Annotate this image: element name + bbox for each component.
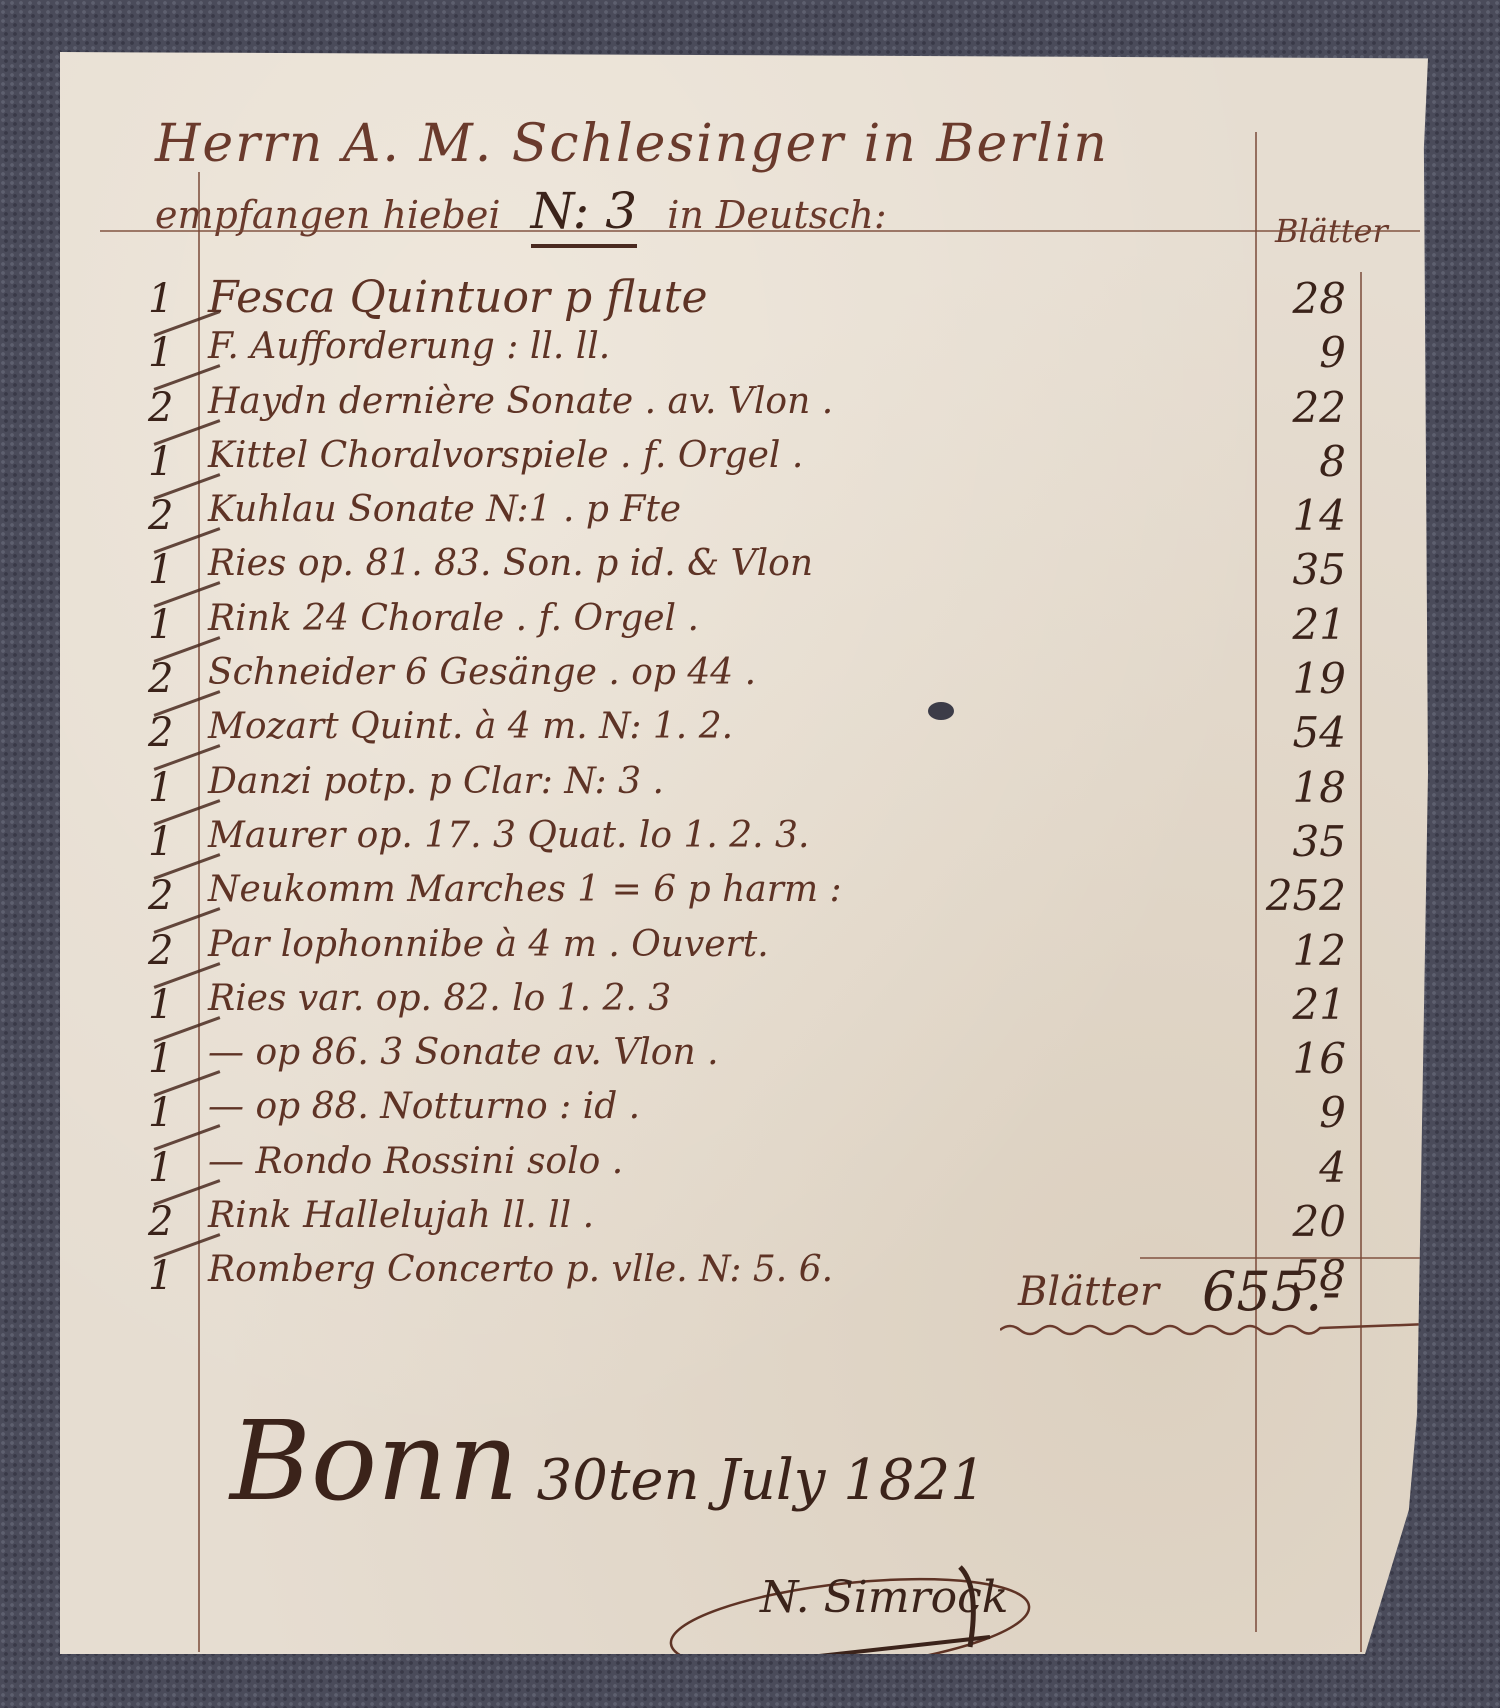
item-qty: 1: [148, 602, 173, 648]
item-qty: 2: [148, 1199, 173, 1245]
item-leaves: 21: [1236, 980, 1346, 1029]
item-qty: 2: [148, 710, 173, 756]
item-leaves: 9: [1236, 1088, 1346, 1137]
date-year: 1821: [843, 1448, 986, 1513]
item-leaves: 12: [1236, 926, 1346, 975]
item-qty: 2: [148, 928, 173, 974]
item-qty: 1: [148, 1145, 173, 1191]
flourish-underline: [1000, 1320, 1430, 1336]
item-qty: 2: [148, 385, 173, 431]
item-leaves: 9: [1236, 328, 1346, 377]
item-qty: 2: [148, 656, 173, 702]
item-description: Mozart Quint. à 4 m. N: 1. 2.: [208, 706, 733, 747]
item-row: 1 Rink 24 Chorale . f. Orgel . 21: [60, 598, 1428, 652]
item-description: Rink 24 Chorale . f. Orgel .: [208, 598, 699, 639]
item-description: Ries var. op. 82. lo 1. 2. 3: [208, 978, 671, 1019]
item-qty: 1: [148, 330, 173, 376]
item-row: 1 — op 86. 3 Sonate av. Vlon . 16: [60, 1032, 1428, 1086]
item-leaves: 252: [1236, 871, 1346, 920]
item-row: 1 Fesca Quintuor p flute 28: [60, 272, 1428, 326]
item-qty: 1: [148, 765, 173, 811]
item-row: 2 Kuhlau Sonate N:1 . p Fte 14: [60, 489, 1428, 543]
item-leaves: 16: [1236, 1034, 1346, 1083]
item-leaves: 8: [1236, 437, 1346, 486]
item-description: Fesca Quintuor p flute: [208, 272, 708, 323]
item-description: — op 88. Notturno : id .: [208, 1086, 640, 1127]
item-row: 2 Par lophonnibe à 4 m . Ouvert. 12: [60, 924, 1428, 978]
item-description: Rink Hallelujah ll. ll .: [208, 1195, 594, 1236]
item-description: — Rondo Rossini solo .: [208, 1141, 623, 1182]
total-label: Blätter: [1018, 1269, 1159, 1315]
item-qty: 1: [148, 1036, 173, 1082]
item-description: Romberg Concerto p. vlle. N: 5. 6.: [208, 1249, 833, 1290]
item-row: 2 Rink Hallelujah ll. ll . 20: [60, 1195, 1428, 1249]
item-row: 1 Maurer op. 17. 3 Quat. lo 1. 2. 3. 35: [60, 815, 1428, 869]
item-row: 2 Neukomm Marches 1 = 6 p harm : 252: [60, 869, 1428, 923]
item-leaves: 14: [1236, 491, 1346, 540]
item-leaves: 35: [1236, 545, 1346, 594]
item-qty: 2: [148, 493, 173, 539]
place-and-date: Bonn 30ten July 1821: [230, 1397, 986, 1525]
total-rule: [1140, 1257, 1420, 1259]
item-leaves: 21: [1236, 600, 1346, 649]
item-description: Kuhlau Sonate N:1 . p Fte: [208, 489, 681, 530]
item-leaves: 18: [1236, 763, 1346, 812]
item-qty: 1: [148, 439, 173, 485]
date-day: 30ten: [537, 1448, 700, 1513]
item-row: 1 Kittel Choralvorspiele . f. Orgel . 8: [60, 435, 1428, 489]
total-value: 655.-: [1202, 1260, 1340, 1323]
item-description: Schneider 6 Gesänge . op 44 .: [208, 652, 756, 693]
ink-blot: [928, 702, 954, 720]
item-leaves: 35: [1236, 817, 1346, 866]
item-leaves: 22: [1236, 383, 1346, 432]
item-description: F. Aufforderung : ll. ll.: [208, 326, 610, 367]
item-description: Ries op. 81. 83. Son. p id. & Vlon: [208, 543, 813, 584]
item-qty: 2: [148, 873, 173, 919]
item-leaves: 28: [1236, 274, 1346, 323]
item-leaves: 20: [1236, 1197, 1346, 1246]
item-qty: 1: [148, 1090, 173, 1136]
header-rule: [100, 230, 1420, 232]
item-description: Kittel Choralvorspiele . f. Orgel .: [208, 435, 803, 476]
item-row: 2 Schneider 6 Gesänge . op 44 . 19: [60, 652, 1428, 706]
item-row: 1 F. Aufforderung : ll. ll. 9: [60, 326, 1428, 380]
item-row: 1 Ries var. op. 82. lo 1. 2. 3 21: [60, 978, 1428, 1032]
date-month: July: [717, 1448, 825, 1513]
item-description: Neukomm Marches 1 = 6 p harm :: [208, 869, 842, 910]
item-leaves: 54: [1236, 708, 1346, 757]
item-description: — op 86. 3 Sonate av. Vlon .: [208, 1032, 719, 1073]
item-leaves: 19: [1236, 654, 1346, 703]
item-row: 1 — op 88. Notturno : id . 9: [60, 1086, 1428, 1140]
item-description: Par lophonnibe à 4 m . Ouvert.: [208, 924, 769, 965]
item-qty: 1: [148, 276, 173, 322]
header-number: N: 3: [531, 182, 638, 248]
item-row: 2 Mozart Quint. à 4 m. N: 1. 2. 54: [60, 706, 1428, 760]
item-row: 1 Ries op. 81. 83. Son. p id. & Vlon 35: [60, 543, 1428, 597]
item-qty: 1: [148, 547, 173, 593]
item-description: Danzi potp. p Clar: N: 3 .: [208, 761, 664, 802]
header-addressee: Herrn A. M. Schlesinger in Berlin: [155, 114, 1109, 174]
item-leaves: 4: [1236, 1143, 1346, 1192]
item-description: Haydn dernière Sonate . av. Vlon .: [208, 381, 833, 422]
item-row: 1 Danzi potp. p Clar: N: 3 . 18: [60, 761, 1428, 815]
item-list: 1 Fesca Quintuor p flute 28 1 F. Aufford…: [60, 272, 1428, 1304]
item-qty: 1: [148, 819, 173, 865]
item-description: Maurer op. 17. 3 Quat. lo 1. 2. 3.: [208, 815, 809, 856]
item-qty: 1: [148, 982, 173, 1028]
place: Bonn: [230, 1397, 519, 1525]
item-row: 1 — Rondo Rossini solo . 4: [60, 1141, 1428, 1195]
signature: N. Simrock: [760, 1572, 1008, 1623]
invoice-paper: Herrn A. M. Schlesinger in Berlin empfan…: [60, 52, 1428, 1654]
item-qty: 1: [148, 1253, 173, 1299]
item-row: 2 Haydn dernière Sonate . av. Vlon . 22: [60, 381, 1428, 435]
